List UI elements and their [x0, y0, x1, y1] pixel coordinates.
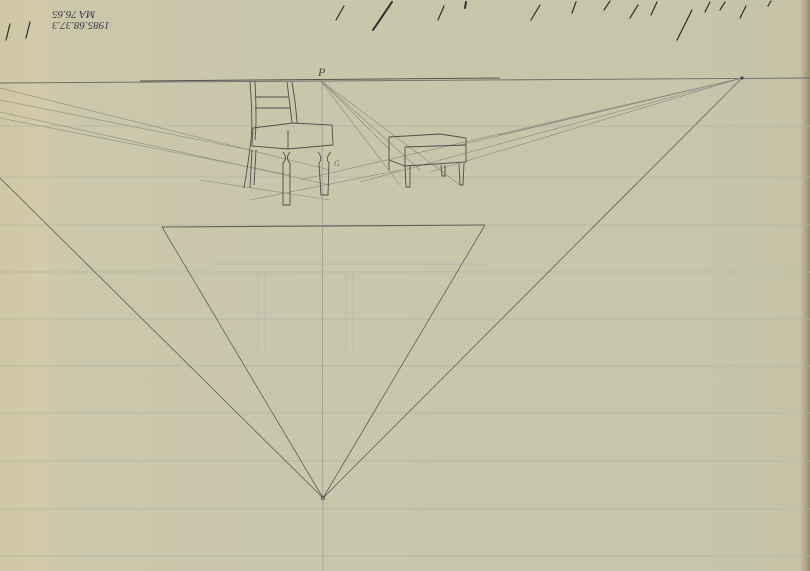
- inventory-number: 1985.68.37.3: [52, 19, 110, 30]
- ruled-lines: [0, 126, 810, 556]
- drawing-sheet: P G 1985.68.37.3 MA 76.65: [0, 0, 810, 571]
- point-label-g: G: [334, 159, 340, 168]
- faint-table-sketch: [215, 264, 488, 350]
- vanishing-point-right: [740, 76, 743, 79]
- construction-lines: [0, 78, 742, 571]
- inventory-mark: 1985.68.37.3 MA 76.65: [52, 8, 110, 30]
- vanishing-lines: [0, 78, 742, 200]
- chair-drawing: [244, 82, 333, 205]
- ink-tick-marks: [6, 1, 771, 40]
- point-label-p: P: [317, 65, 326, 79]
- secondary-mark: MA 76.65: [52, 8, 110, 19]
- pencil-drawing: P G: [0, 0, 810, 571]
